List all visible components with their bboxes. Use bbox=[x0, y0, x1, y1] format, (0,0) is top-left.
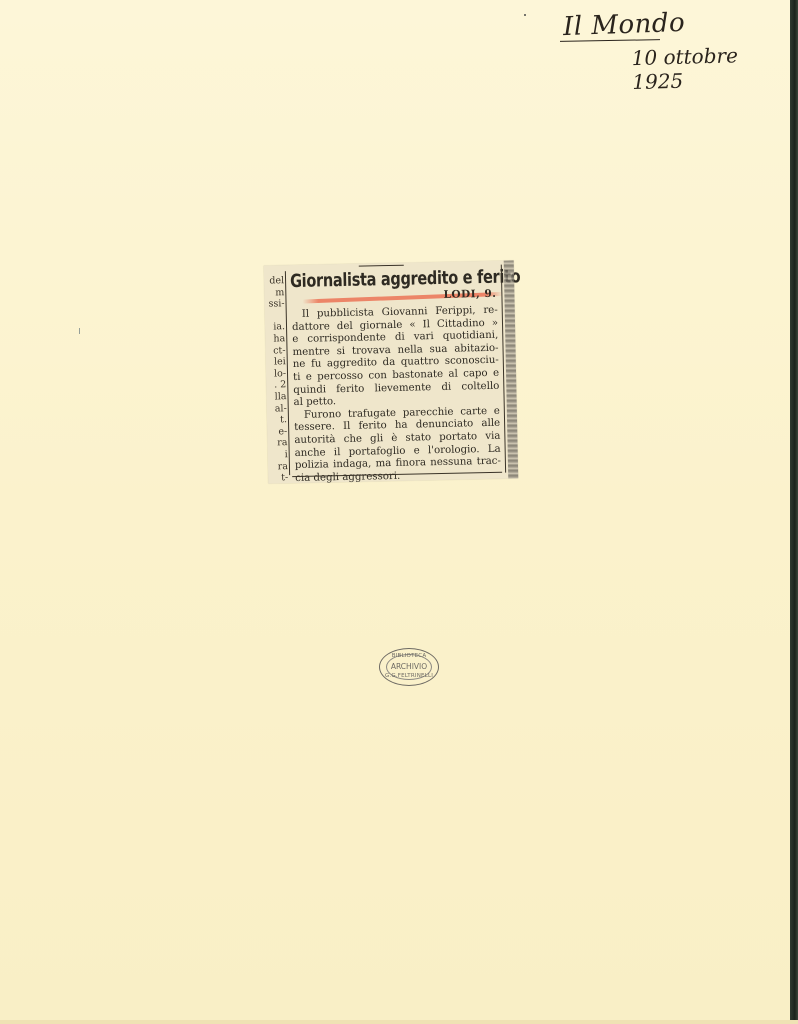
fragment: ia. bbox=[267, 322, 285, 334]
paper-speck bbox=[79, 328, 80, 334]
page-bottom-edge bbox=[0, 1020, 798, 1024]
scrapbook-page: Il Mondo 10 ottobre 1925 del m ssi- ia. … bbox=[0, 0, 790, 1020]
stamp-middle-text: ARCHIVIO bbox=[380, 662, 438, 671]
fragment: m bbox=[266, 287, 284, 299]
handwritten-source: Il Mondo bbox=[563, 8, 686, 42]
fragment: lei bbox=[268, 356, 286, 368]
fragment: t- bbox=[270, 472, 288, 484]
clipping-top-rule bbox=[359, 265, 404, 267]
paper-speck bbox=[524, 14, 526, 16]
fragment: ra bbox=[270, 461, 288, 473]
library-archive-stamp: BIBLIOTECA ARCHIVIO G.G.FELTRINELLI bbox=[379, 648, 439, 686]
fragment: t. bbox=[269, 414, 287, 426]
fragment bbox=[267, 310, 285, 322]
fragment: del bbox=[266, 275, 284, 287]
fragment: ct- bbox=[267, 345, 285, 357]
fragment: . 2 bbox=[268, 380, 286, 392]
binding-edge bbox=[790, 0, 798, 1024]
handwritten-date: 10 ottobre 1925 bbox=[631, 42, 790, 94]
fragment: i bbox=[270, 449, 288, 461]
fragment: lo- bbox=[268, 368, 286, 380]
newspaper-clipping: del m ssi- ia. ha ct- lei lo- . 2 lla al… bbox=[264, 260, 519, 483]
fragment: ssi- bbox=[266, 298, 284, 310]
fragment: ha bbox=[267, 333, 285, 345]
stamp-top-text: BIBLIOTECA bbox=[380, 653, 438, 659]
fragment: e- bbox=[269, 426, 287, 438]
article-body: Il pubblicista Giovanni Ferippi, re- dat… bbox=[292, 305, 502, 486]
fragment: lla bbox=[268, 391, 286, 403]
dateline: LODI, 9. bbox=[443, 288, 496, 301]
stamp-bottom-text: G.G.FELTRINELLI bbox=[380, 673, 438, 679]
fragment: al- bbox=[269, 403, 287, 415]
fragment: ra bbox=[269, 437, 287, 449]
adjacent-column-shadow bbox=[504, 260, 519, 478]
